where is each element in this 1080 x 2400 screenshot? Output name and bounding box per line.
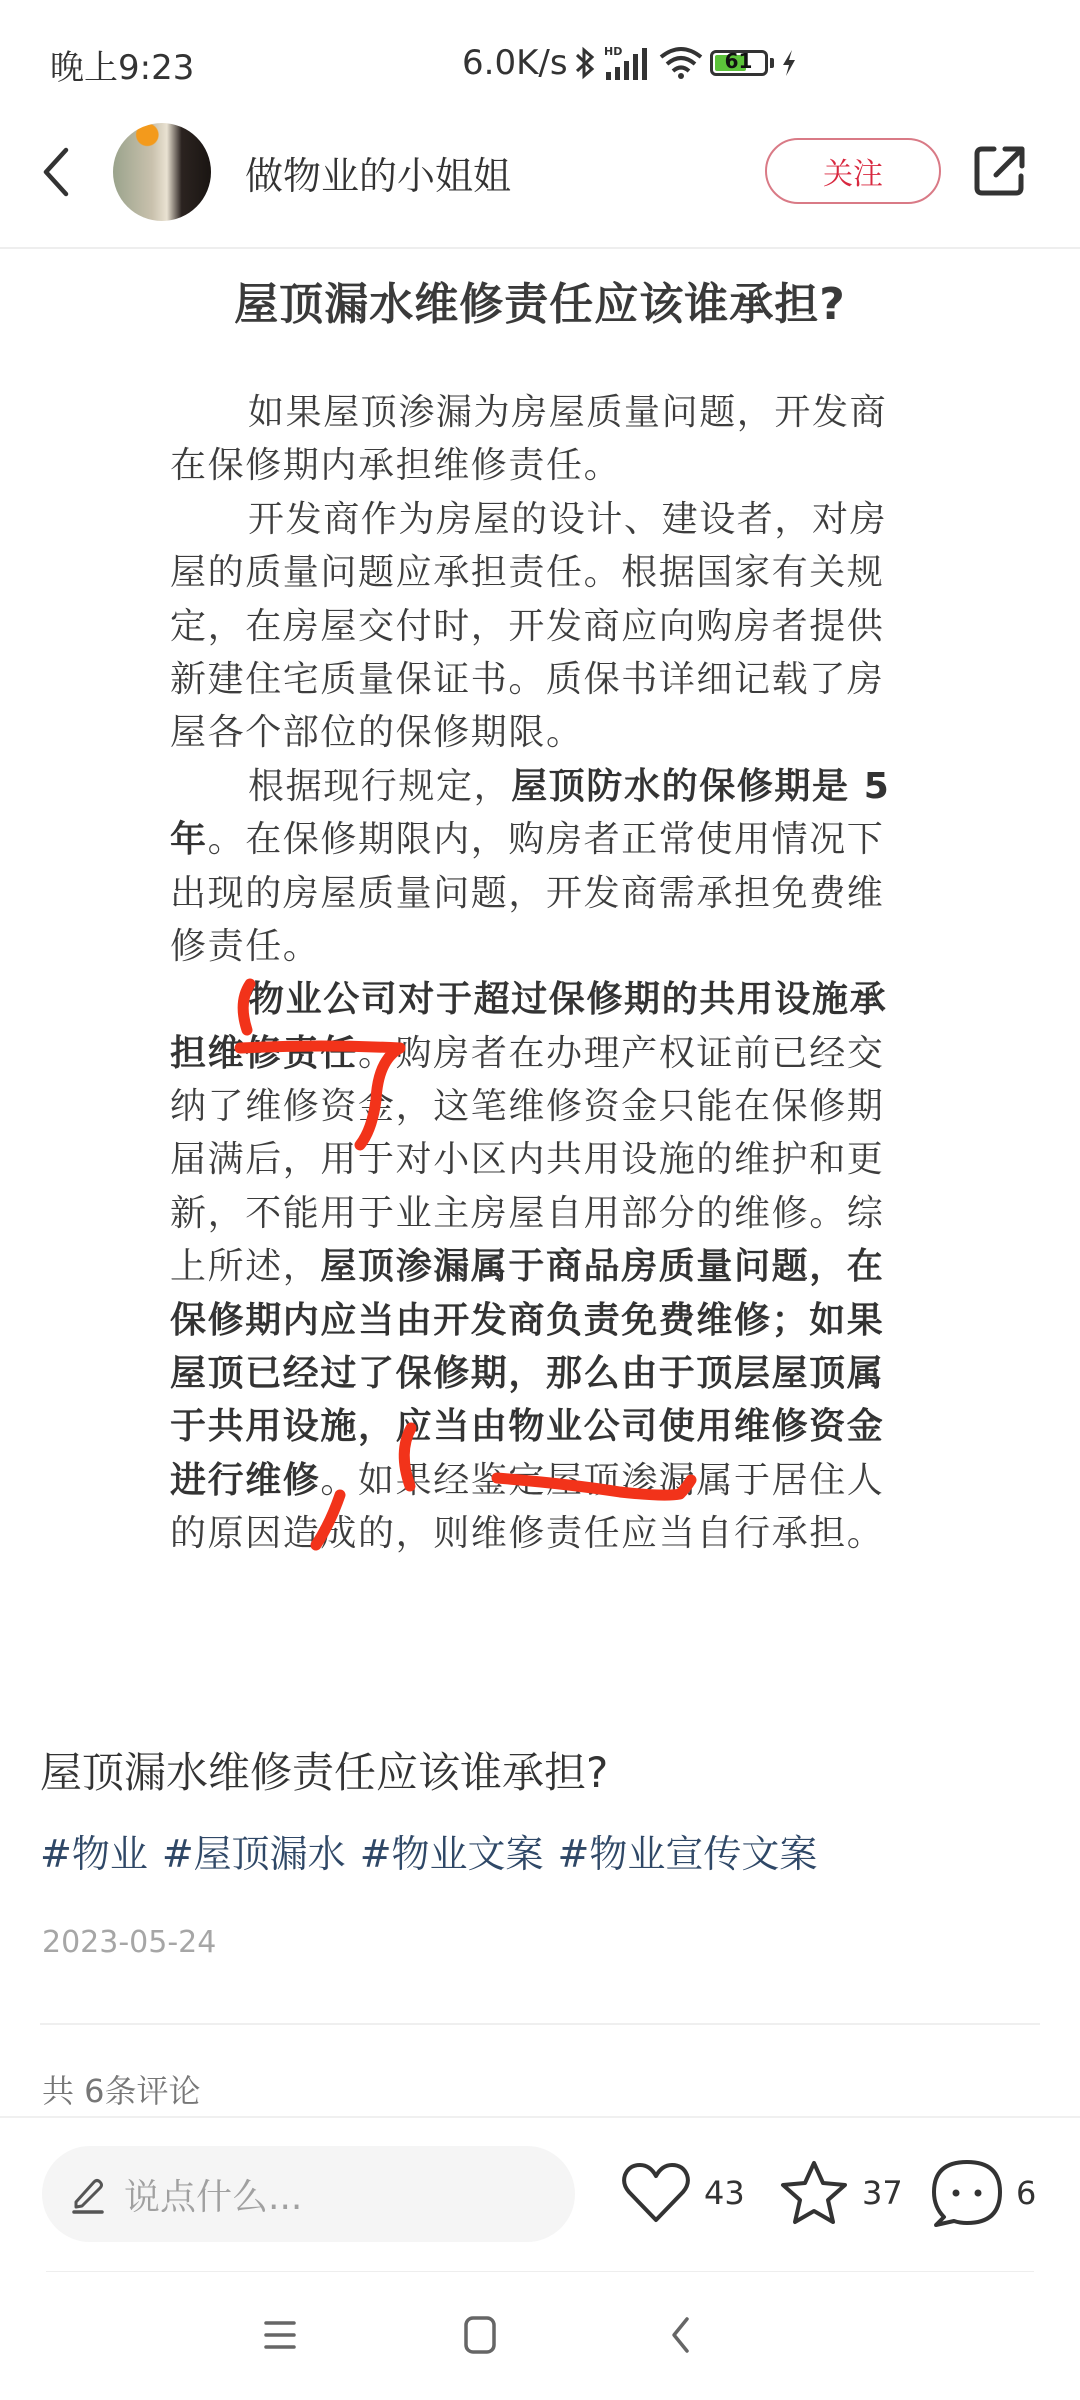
hashtag[interactable]: #物业宣传文案 <box>558 1823 818 1878</box>
hashtag[interactable]: #物业文案 <box>360 1823 544 1878</box>
nav-back-button[interactable] <box>646 2305 716 2365</box>
article-body-line: 新建住宅质量保证书。质保书详细记载了房 <box>170 653 900 706</box>
bold-text-segment: 保修期内应当由开发商负责免费维修；如果 <box>170 1300 884 1341</box>
hashtag-list: #物业 #屋顶漏水 #物业文案 #物业宣传文案 <box>40 1823 817 1878</box>
battery-tip <box>770 58 774 68</box>
text-segment: 新建住宅质量保证书。质保书详细记载了房 <box>170 659 884 700</box>
network-speed: 6.0K/s <box>462 43 568 83</box>
article-body-line: 在保修期内承担维修责任。 <box>170 439 900 492</box>
text-segment: 开发商作为房屋的设计、建设者，对房 <box>248 499 887 540</box>
article-body-line: 于共用设施，应当由物业公司使用维修资金 <box>170 1400 900 1453</box>
comment-count: 6 <box>1016 2174 1036 2212</box>
menu-icon <box>263 2318 297 2352</box>
follow-button[interactable]: 关注 <box>765 138 941 204</box>
battery-percent: 61 <box>713 49 765 73</box>
comment-placeholder: 说点什么... <box>124 2169 302 2220</box>
author-avatar[interactable] <box>113 123 211 221</box>
star-icon <box>778 2158 850 2228</box>
favorite-count: 37 <box>862 2174 903 2212</box>
article-image-body: 如果屋顶渗漏为房屋质量问题，开发商在保修期内承担维修责任。开发商作为房屋的设计、… <box>170 386 900 1561</box>
content-divider <box>40 2023 1040 2025</box>
article-body-line: 届满后，用于对小区内共用设施的维护和更 <box>170 1133 900 1186</box>
bold-text-segment: 进行维修 <box>170 1460 320 1501</box>
text-segment: 上所述， <box>170 1246 320 1287</box>
bold-text-segment: 年 <box>170 819 208 860</box>
article-body-line: 纳了维修资金，这笔维修资金只能在保修期 <box>170 1080 900 1133</box>
signal-icon: HD <box>602 44 652 82</box>
article-body-line: 进行维修。如果经鉴定屋顶渗漏属于居住人 <box>170 1454 900 1507</box>
home-icon <box>463 2315 497 2355</box>
article-body-line: 保修期内应当由开发商负责免费维修；如果 <box>170 1294 900 1347</box>
back-icon <box>669 2315 693 2355</box>
post-date: 2023-05-24 <box>42 1925 216 1960</box>
text-segment: 屋的质量问题应承担责任。根据国家有关规 <box>170 552 884 593</box>
article-body-line: 开发商作为房屋的设计、建设者，对房 <box>170 493 900 546</box>
comment-button[interactable]: 6 <box>930 2158 1036 2228</box>
comment-input[interactable]: 说点什么... <box>42 2146 575 2242</box>
article-body-line: 的原因造成的，则维修责任应当自行承担。 <box>170 1507 900 1560</box>
text-segment: 出现的房屋质量问题，开发商需承担免费维 <box>170 873 884 914</box>
article-body-line: 定，在房屋交付时，开发商应向购房者提供 <box>170 600 900 653</box>
text-segment: 。在保修期限内，购房者正常使用情况下 <box>208 819 885 860</box>
charging-icon <box>780 48 798 78</box>
nav-menu-button[interactable] <box>245 2305 315 2365</box>
status-time: 晚上9:23 <box>50 40 194 89</box>
hashtag[interactable]: #屋顶漏水 <box>162 1823 346 1878</box>
bold-text-segment: 屋顶渗漏属于商品房质量问题，在 <box>320 1246 884 1287</box>
article-body-line: 根据现行规定，屋顶防水的保修期是 5 <box>170 760 900 813</box>
battery-icon: 61 <box>710 50 768 76</box>
bold-text-segment: 于共用设施，应当由物业公司使用维修资金 <box>170 1406 884 1447</box>
text-segment: 定，在房屋交付时，开发商应向购房者提供 <box>170 606 884 647</box>
share-button[interactable] <box>972 143 1028 199</box>
text-segment: 根据现行规定， <box>248 766 511 807</box>
article-image-title: 屋顶漏水维修责任应该谁承担? <box>0 268 1080 332</box>
back-button[interactable] <box>36 140 76 204</box>
like-button[interactable]: 43 <box>620 2158 745 2228</box>
article-body-line: 如果屋顶渗漏为房屋质量问题，开发商 <box>170 386 900 439</box>
text-segment: 的原因造成的，则维修责任应当自行承担。 <box>170 1513 884 1554</box>
text-segment: 在保修期内承担维修责任。 <box>170 445 621 486</box>
article-body-line: 新，不能用于业主房屋自用部分的维修。综 <box>170 1187 900 1240</box>
bold-text-segment: 屋顶已经过了保修期，那么由于顶层屋顶属 <box>170 1353 884 1394</box>
heart-icon <box>620 2160 692 2226</box>
article-body-line: 上所述，屋顶渗漏属于商品房质量问题，在 <box>170 1240 900 1293</box>
article-body-line: 担维修责任。购房者在办理产权证前已经交 <box>170 1027 900 1080</box>
article-body-line: 出现的房屋质量问题，开发商需承担免费维 <box>170 867 900 920</box>
status-indicators: 6.0K/s HD 61 <box>462 40 798 86</box>
pencil-icon <box>68 2174 108 2214</box>
nav-home-button[interactable] <box>445 2305 515 2365</box>
favorite-button[interactable]: 37 <box>778 2158 903 2228</box>
wifi-icon <box>658 45 704 81</box>
text-segment: 。购房者在办理产权证前已经交 <box>358 1033 884 1074</box>
text-segment: 修责任。 <box>170 926 320 967</box>
bluetooth-icon <box>574 45 596 81</box>
like-count: 43 <box>704 2174 745 2212</box>
article-body-line: 年。在保修期限内，购房者正常使用情况下 <box>170 813 900 866</box>
text-segment: 。如果经鉴定屋顶渗漏属于居住人 <box>320 1460 884 1501</box>
post-caption-title: 屋顶漏水维修责任应该谁承担? <box>40 1740 608 1800</box>
nav-divider <box>46 2271 1034 2272</box>
article-body-line: 屋的质量问题应承担责任。根据国家有关规 <box>170 546 900 599</box>
bold-text-segment: 屋顶防水的保修期是 5 <box>511 766 890 807</box>
bold-text-segment: 物业公司对于超过保修期的共用设施承 <box>248 979 887 1020</box>
svg-text:HD: HD <box>604 45 622 58</box>
text-segment: 新，不能用于业主房屋自用部分的维修。综 <box>170 1193 884 1234</box>
article-body-line: 物业公司对于超过保修期的共用设施承 <box>170 973 900 1026</box>
text-segment: 纳了维修资金，这笔维修资金只能在保修期 <box>170 1086 884 1127</box>
header-divider <box>0 247 1080 249</box>
comment-bubble-icon <box>930 2157 1004 2229</box>
text-segment: 如果屋顶渗漏为房屋质量问题，开发商 <box>248 392 887 433</box>
text-segment: 屋各个部位的保修期限。 <box>170 712 584 753</box>
article-body-line: 屋顶已经过了保修期，那么由于顶层屋顶属 <box>170 1347 900 1400</box>
chevron-left-icon <box>36 140 76 204</box>
text-segment: 届满后，用于对小区内共用设施的维护和更 <box>170 1139 884 1180</box>
article-body-line: 修责任。 <box>170 920 900 973</box>
hashtag[interactable]: #物业 <box>40 1823 148 1878</box>
bold-text-segment: 担维修责任 <box>170 1033 358 1074</box>
comments-count-label: 共 6条评论 <box>42 2066 201 2112</box>
share-external-icon <box>972 143 1028 199</box>
article-body-line: 屋各个部位的保修期限。 <box>170 706 900 759</box>
author-name[interactable]: 做物业的小姐姐 <box>245 145 511 200</box>
